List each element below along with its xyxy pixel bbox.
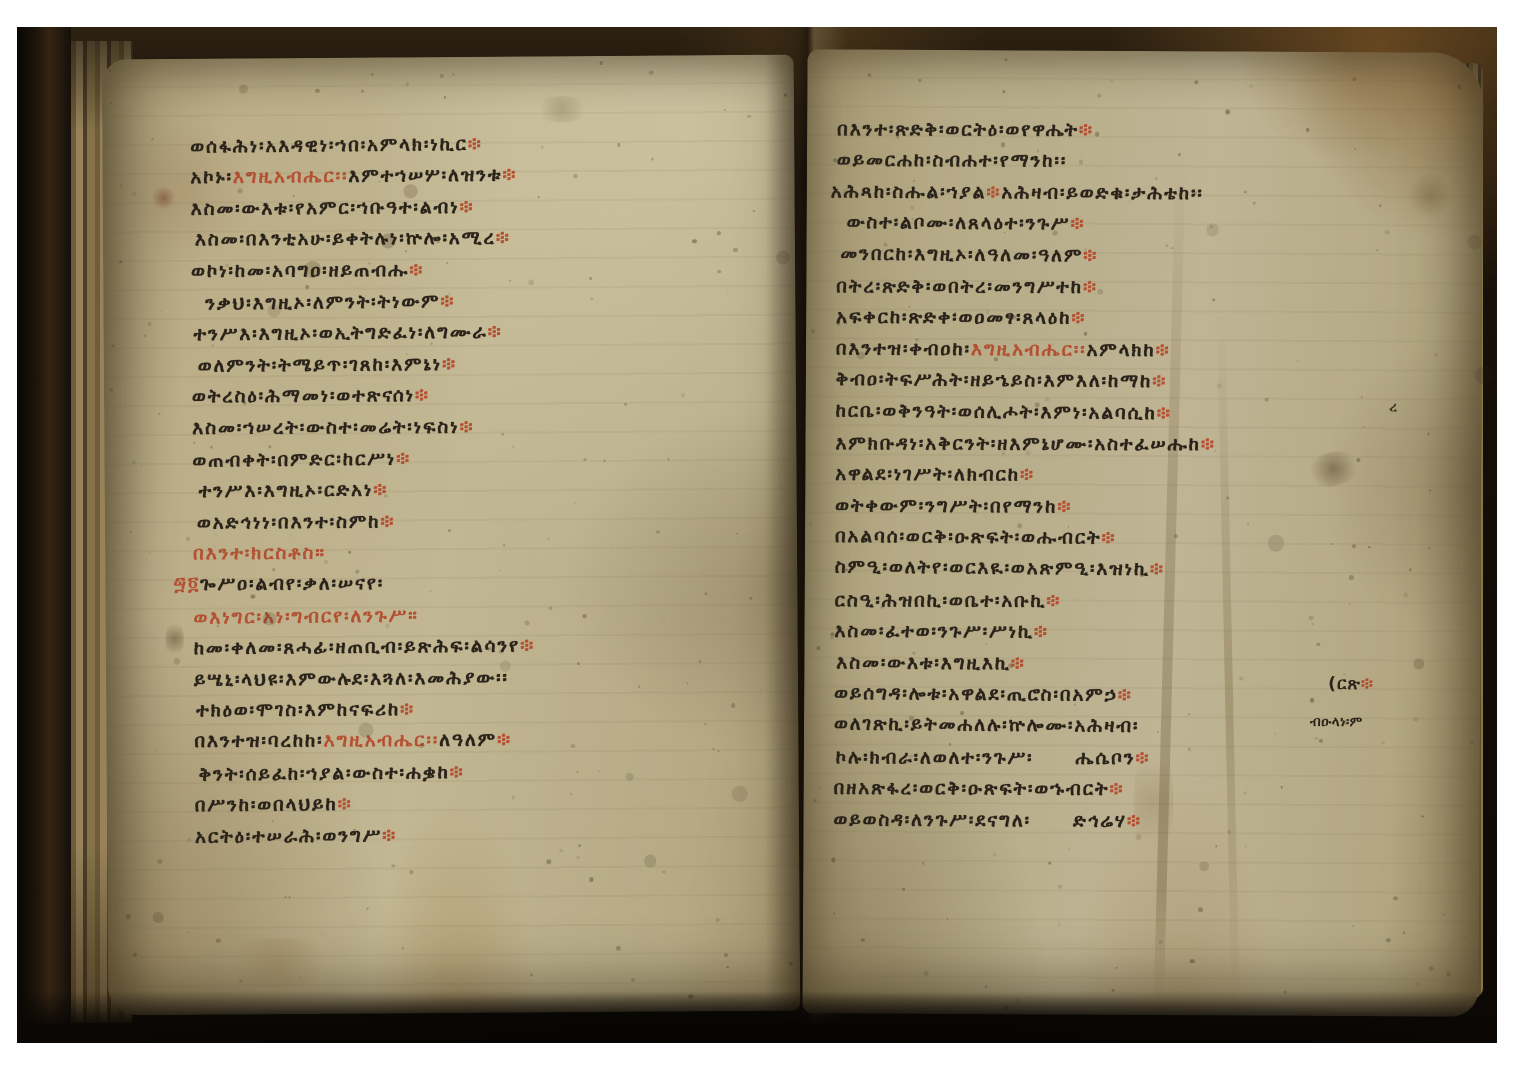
ink-text: ወትረስዕ፡ሕማመነ፡ወተጽናሰነ <box>192 385 415 407</box>
text-line: ወለገጽኪ፡ይትመሐለሉ፡ኵሎሙ፡አሕዛብ፡ <box>834 709 1464 745</box>
rubric-text: ፨ <box>1070 214 1085 235</box>
margin-gloss: ብዑላነ፡ም <box>1310 714 1363 730</box>
manuscript-photo: ወሰፋሕነ፡አእዳዊነ፡ኀበ፡አምላክ፡ነኪር፨አኮኑ፡እግዚአብሔር፡፡እምተ… <box>17 27 1497 1043</box>
quire-mark-text: ርጽ <box>1337 674 1361 694</box>
ink-text: አሕጻከ፡ስሑል፡ኀያል <box>831 181 987 203</box>
ink-text: አፍቀርከ፡ጽድቀ፡ወዐመፃ፡ጸላዕከ <box>836 307 1071 329</box>
ink-text: በእንተዝ፡ቀብዐከ፡ <box>836 338 971 360</box>
text-line: ርስዒ፡ሕዝበኪ፡ወቤተ፡አቡኪ፨ <box>835 585 1465 618</box>
right-text-column: በእንተ፡ጽድቅ፡ወርትዕ፡ወየዋሔት፨ወይመርሐከ፡ስብሐተ፡የማንከ፡፡አሕ… <box>833 113 1467 838</box>
rubric-text: ፵፬ <box>173 574 200 595</box>
text-line: አዋልደ፡ነገሥት፡ለክብርከ፨ <box>835 459 1465 493</box>
ink-text: ወይሰግዳ፡ሎቱ፡አዋልደ፡ጢሮስ፡በአምኃ <box>834 683 1118 706</box>
text-line: እምክቡዳነ፡አቅርንት፡ዘእምኔሆሙ፡አስተፈሠሑከ፨ <box>835 428 1465 461</box>
left-page: ወሰፋሕነ፡አእዳዊነ፡ኀበ፡አምላክ፡ነኪር፨አኮኑ፡እግዚአብሔር፡፡እምተ… <box>102 55 801 1016</box>
text-line: ኮሉ፡ክብራ፡ለወለተ፡ንጉሥ፡ሔሴቦን፨ <box>836 742 1464 775</box>
ink-text: ቅብዐ፡ትፍሥሕት፡ዘይኄይስ፡እምእለ፡ከማከ <box>836 369 1153 392</box>
rubric-text: ፨ <box>1011 653 1026 674</box>
book-binding-edge <box>17 27 71 1043</box>
rubric-text: ፨ <box>450 762 465 783</box>
ink-text: እስመ፡ፈተወ፡ንጉሥ፡ሥነኪ <box>834 621 1034 643</box>
text-line: በትረ፡ጽድቅ፡ወበትረ፡መንግሥተከ፨ <box>836 271 1466 304</box>
text-line: በእንተዝ፡ቀብዐከ፡እግዚአብሔር፡፡አምላክከ፨ <box>836 333 1466 368</box>
stain <box>532 96 592 122</box>
ink-text: እምክቡዳነ፡አቅርንት፡ዘእምኔሆሙ፡አስተፈሠሑከ <box>835 433 1201 455</box>
stain <box>218 938 338 989</box>
ink-text: በትረ፡ጽድቅ፡ወበትረ፡መንግሥተከ <box>836 276 1083 298</box>
text-line: በዘአጽፋረ፡ወርቅ፡ዑጽፍት፡ወኁብርት፨ <box>834 773 1464 807</box>
text-line: እስመ፡ኀሠረት፡ውስተ፡መሬት፡ነፍስነ፨ <box>192 410 802 444</box>
quire-mark-cross: ፨ <box>1361 674 1374 694</box>
rubric-text: ፨ <box>1150 560 1165 581</box>
rubric-text: ወእነግር፡አነ፡ግብርየ፡ለንጉሥ። <box>193 605 418 628</box>
text-line: ወኮነ፡ከመ፡አባግዐ፡ዘይጠብሑ፨ <box>191 253 801 287</box>
text-line: ተንሥእ፡እግዚኦ፡ወኢትግድፈነ፡ለግሙራ፨ <box>193 314 801 350</box>
rubric-text: እግዚአብሔር፡፡ <box>233 166 349 188</box>
ink-text: ቅንት፡ሰይፈከ፡ኀያል፡ውስተ፡ሐቌከ <box>199 762 450 785</box>
ink-text: ድኅሬሃ <box>1073 810 1127 831</box>
rubric-text: ፨ <box>459 416 474 437</box>
text-line: በሥንከ፡ወበላህይከ፨ <box>195 785 805 821</box>
ink-text: ንቃህ፡እግዚኦ፡ለምንት፡ትነውም <box>205 291 440 314</box>
rubric-text: ፨ <box>1057 496 1072 517</box>
ink-text: በእንተ፡ጽድቅ፡ወርትዕ፡ወየዋሔት <box>837 119 1079 141</box>
text-line: ተክዕወ፡ሞገስ፡እምከናፍሪከ፨ <box>196 692 804 727</box>
ink-text: ወኮነ፡ከመ፡አባግዐ፡ዘይጠብሑ <box>191 260 409 282</box>
rubric-text: በእንተ፡ክርስቶስ። <box>193 543 326 565</box>
ink-text: እስመ፡ኀሠረት፡ውስተ፡መሬት፡ነፍስነ <box>192 416 459 438</box>
text-line: ወይወስዳ፡ለንጉሥ፡ደናግለ፡ድኅሬሃ፨ <box>833 804 1463 839</box>
ink-text: ወትቀውም፡ንግሥት፡በየማንከ <box>835 495 1057 517</box>
ink-text: ተንሥእ፡እግዚኦ፡ወኢትግድፈነ፡ለግሙራ <box>194 322 488 345</box>
rubric-text: ፨ <box>488 322 503 343</box>
ink-text: ርስዒ፡ሕዝበኪ፡ወቤተ፡አቡኪ <box>835 590 1047 612</box>
screenshot-canvas: ወሰፋሕነ፡አእዳዊነ፡ኀበ፡አምላክ፡ነኪር፨አኮኑ፡እግዚአብሔር፡፡እምተ… <box>0 0 1515 1071</box>
rubric-text: ፨ <box>986 182 1001 203</box>
ink-text: በዘአጽፋረ፡ወርቅ፡ዑጽፍት፡ወኁብርት <box>834 778 1110 800</box>
ink-text: ወጠብቀት፡በምድር፡ከርሥነ <box>192 449 396 472</box>
stain <box>166 619 184 659</box>
rubric-text: ፨ <box>1083 245 1098 266</box>
ink-text: እምተኀሠሦ፡ለዝንቱ <box>348 165 502 187</box>
rubric-text: ፨ <box>1152 371 1167 392</box>
rubric-text: ፨ <box>1156 340 1171 361</box>
ink-text: ኮሉ፡ክብራ፡ለወለተ፡ንጉሥ፡ <box>836 747 1034 768</box>
ink-text: በአልባሰ፡ወርቅ፡ዑጽፍት፡ወሑብርት <box>835 526 1102 549</box>
ink-text: አምላክከ <box>1087 339 1156 360</box>
ink-text: በሥንከ፡ወበላህይከ <box>195 794 338 816</box>
text-line: ወለምንት፡ትሜይጥ፡ገጸከ፡እምኔነ፨ <box>198 346 802 382</box>
text-line: በእንተ፡ጽድቅ፡ወርትዕ፡ወየዋሔት፨ <box>837 114 1467 147</box>
rubric-text: እግዚአብሔር፡፡ <box>324 730 440 751</box>
ink-text: ወለምንት፡ትሜይጥ፡ገጸከ፡እምኔነ <box>198 354 442 377</box>
text-line: ቅብዐ፡ትፍሥሕት፡ዘይኄይስ፡እምእለ፡ከማከ፨ <box>836 364 1466 400</box>
text-line: ከመ፡ቀለመ፡ጸሓፊ፡ዘጠቢብ፡ይጽሕፍ፡ልሳንየ፨ <box>194 628 804 664</box>
text-line: ከርቤ፡ወቅንዓት፡ወሰሊሖት፡እምነ፡አልባሲከ፨ <box>836 395 1466 431</box>
rubric-text: ፨ <box>396 448 411 469</box>
text-line: ወአድኅነነ፡በእንተ፡ስምከ፨ <box>197 503 803 539</box>
ink-text: ከመ፡ቀለመ፡ጸሓፊ፡ዘጠቢብ፡ይጽሕፍ፡ልሳንየ <box>194 636 521 660</box>
rubric-text: ፨ <box>409 260 424 281</box>
text-line: በአልባሰ፡ወርቅ፡ዑጽፍት፡ወሑብርት፨ <box>835 521 1465 557</box>
rubric-text: ፨ <box>1136 748 1151 769</box>
text-line: ወትረስዕ፡ሕማመነ፡ወተጽናሰነ፨ <box>192 378 802 413</box>
text-line: ወይመርሐከ፡ስብሐተ፡የማንከ፡፡ <box>837 145 1467 179</box>
rubric-text: ፨ <box>1020 465 1035 486</box>
text-line: አፍቀርከ፡ጽድቀ፡ወዐመፃ፡ጸላዕከ፨ <box>836 302 1466 336</box>
rubric-text: ፨ <box>460 197 475 218</box>
ink-text: ሔሴቦን <box>1075 748 1135 769</box>
text-line: መንበርከ፡እግዚኦ፡ለዓለመ፡ዓለም፨ <box>840 238 1466 274</box>
rubric-text: ፨ <box>1079 120 1094 141</box>
ink-text: ወአድኅነነ፡በእንተ፡ስምከ <box>197 511 381 533</box>
ink-text: አሕዛብ፡ይወድቁ፡ታሕቴከ፡፡ <box>1001 182 1204 204</box>
ink-text: ወይመርሐከ፡ስብሐተ፡የማንከ፡፡ <box>837 150 1067 172</box>
rubric-text: ፨ <box>1083 277 1098 298</box>
text-line: ፵፬ጐሥዐ፡ልብየ፡ቃለ፡ሠናየ፡ <box>173 567 803 601</box>
rubric-text: ፨ <box>1118 685 1133 706</box>
text-line: በእንተ፡ክርስቶስ። <box>193 535 803 570</box>
ink-text: ውስተ፡ልቦሙ፡ለጸላዕተ፡ንጉሥ <box>847 212 1071 234</box>
ink-text: በእንተዝ፡ባረከከ፡ <box>194 731 323 753</box>
ink-text: አርትዕ፡ተሠራሕ፡ወንግሥ <box>195 825 382 847</box>
text-line: ይሤኒ፡ላህዩ፡እምውሉደ፡እጓለ፡እመሕያው፡፡ <box>194 660 804 696</box>
rubric-text: ፨ <box>373 480 388 501</box>
rubric-text: ፨ <box>415 385 430 406</box>
rubric-text: ፨ <box>468 134 483 155</box>
right-page: በእንተ፡ጽድቅ፡ወርትዕ፡ወየዋሔት፨ወይመርሐከ፡ስብሐተ፡የማንከ፡፡አሕ… <box>802 49 1483 1017</box>
ink-text: ወሰፋሕነ፡አእዳዊነ፡ኀበ፡አምላክ፡ነኪር <box>190 134 468 158</box>
rubric-text: ፨ <box>520 636 535 657</box>
text-line: አኮኑ፡እግዚአብሔር፡፡እምተኀሠሦ፡ለዝንቱ፨ <box>190 158 800 194</box>
rubric-text: ፨ <box>400 699 415 720</box>
text-line: ወትቀውም፡ንግሥት፡በየማንከ፨ <box>835 490 1465 525</box>
ink-text: ተንሥእ፡እግዚኦ፡ርድአነ <box>199 480 374 502</box>
rubric-text: ፨ <box>382 825 397 846</box>
text-line: ውስተ፡ልቦሙ፡ለጸላዕተ፡ንጉሥ፨ <box>847 207 1467 243</box>
text-line: በእንተዝ፡ባረከከ፡እግዚአብሔር፡፡ለዓለም፨ <box>194 724 804 758</box>
rubric-text: ፨ <box>497 730 512 751</box>
ink-text: ወለገጽኪ፡ይትመሐለሉ፡ኵሎሙ፡አሕዛብ፡ <box>834 714 1140 737</box>
quire-mark: (ርጽ፨ <box>1328 674 1374 694</box>
ink-text: አኮኑ፡ <box>190 167 233 188</box>
rubric-text: ፨ <box>496 228 511 249</box>
ink-text: መንበርከ፡እግዚኦ፡ለዓለመ፡ዓለም <box>840 243 1083 266</box>
rubric-text: ፨ <box>338 794 353 815</box>
ink-text: ጐሥዐ፡ልብየ፡ቃለ፡ሠናየ፡ <box>200 574 384 596</box>
text-line: እስመ፡ውእቱ፡የአምር፡ኀቡዓተ፡ልብነ፨ <box>191 189 801 225</box>
rubric-text: ፨ <box>442 354 457 375</box>
ink-text: ይሤኒ፡ላህዩ፡እምውሉደ፡እጓለ፡እመሕያው፡፡ <box>194 667 509 690</box>
rubric-text: ፨ <box>502 165 517 186</box>
rubric-text: ፨ <box>1046 591 1061 612</box>
ink-text: ተክዕወ፡ሞገስ፡እምከናፍሪከ <box>196 699 400 721</box>
ink-text: ከርቤ፡ወቅንዓት፡ወሰሊሖት፡እምነ፡አልባሲከ <box>836 400 1157 424</box>
text-line: አሕጻከ፡ስሑል፡ኀያል፨አሕዛብ፡ይወድቁ፡ታሕቴከ፡፡ <box>831 176 1467 211</box>
left-text-column: ወሰፋሕነ፡አእዳዊነ፡ኀበ፡አምላክ፡ነኪር፨አኮኑ፡እግዚአብሔር፡፡እምተ… <box>190 127 805 853</box>
ink-text: ለዓለም <box>439 730 497 751</box>
ink-text: አዋልደ፡ነገሥት፡ለክብርከ <box>835 464 1020 486</box>
rubric-text: ፨ <box>1071 308 1086 329</box>
ink-text: እስመ፡ውእቱ፡የአምር፡ኀቡዓተ፡ልብነ <box>191 197 460 220</box>
rubric-text: ፨ <box>1102 528 1117 549</box>
text-line: አርትዕ፡ተሠራሕ፡ወንግሥ፨ <box>195 817 805 853</box>
text-line: እስመ፡በእንቲአሁ፡ይቀትሉነ፡ኵሎ፡አሚረ፨ <box>195 221 801 256</box>
text-line: ስምዒ፡ወለትየ፡ወርእዪ፡ወአጽምዒ፡እዝነኪ፨ <box>835 552 1465 588</box>
stain <box>151 187 177 209</box>
ink-text: እስመ፡በእንቲአሁ፡ይቀትሉነ፡ኵሎ፡አሚረ <box>195 228 496 251</box>
ink-text: እስመ፡ውእቱ፡እግዚእኪ <box>836 652 1011 674</box>
rubric-text: እግዚአብሔር፡፡ <box>971 339 1087 361</box>
ink-text: ስምዒ፡ወለትየ፡ወርእዪ፡ወአጽምዒ፡እዝነኪ <box>835 557 1150 581</box>
text-line: እስመ፡ፈተወ፡ንጉሥ፡ሥነኪ፨ <box>834 616 1464 650</box>
rubric-text: ፨ <box>1109 779 1124 800</box>
rubric-text: ፨ <box>1157 403 1172 424</box>
margin-tiny-mark: ረ <box>1390 400 1397 415</box>
rubric-text: ፨ <box>1034 622 1049 643</box>
rubric-text: ፨ <box>1201 434 1216 455</box>
rubric-text: ፨ <box>380 511 395 532</box>
rubric-text: ፨ <box>440 291 455 312</box>
ink-text: ወይወስዳ፡ለንጉሥ፡ደናግለ፡ <box>833 809 1031 831</box>
text-line: ተንሥእ፡እግዚኦ፡ርድአነ፨ <box>199 471 803 507</box>
rubric-text: ፨ <box>1127 811 1142 832</box>
